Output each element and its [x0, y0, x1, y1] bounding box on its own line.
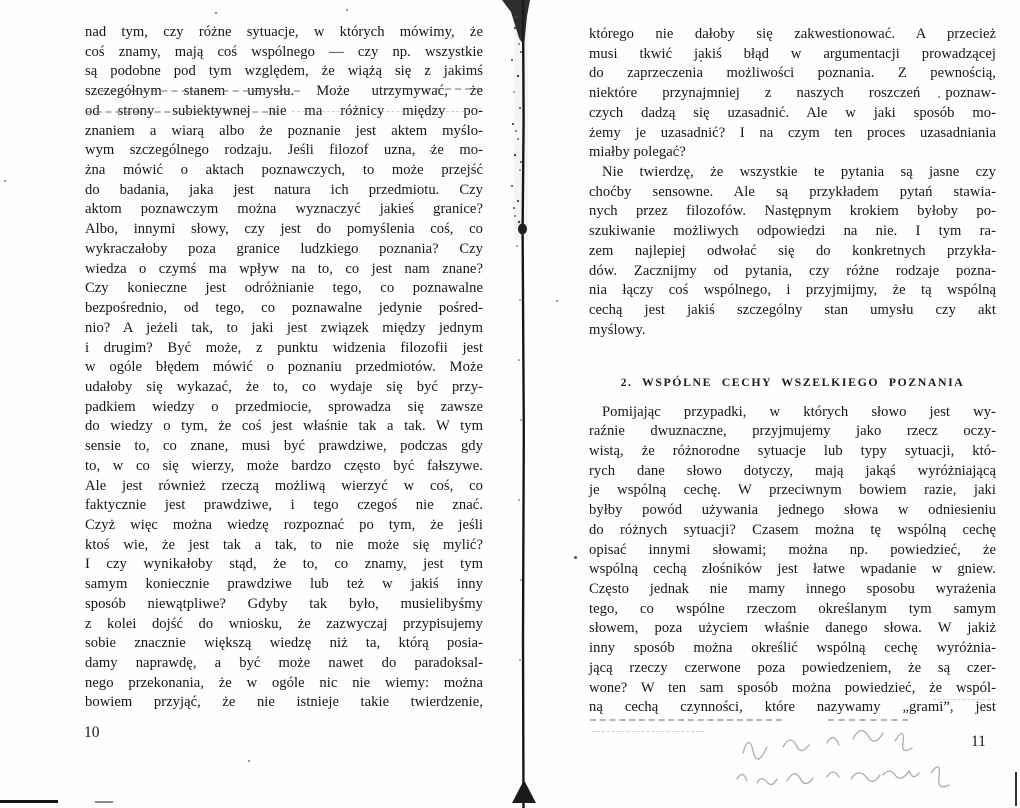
text-line: niektóre przynajmniej z naszych roszczeń… [589, 84, 996, 104]
scan-speck [430, 150, 432, 152]
text-line: musi tkwić jakiś błąd w argumentacji pro… [589, 45, 996, 65]
text-line: byłby powód używania jednego słowa w odn… [589, 501, 996, 521]
margin-dot-mark [574, 556, 577, 559]
text-line: cechą jest jakiś szczególny stan umysłu … [589, 301, 996, 321]
text-line: Ale jest również rzeczą możliwą wierzyć … [85, 477, 483, 497]
text-line: faktycznie jest prawdziwe, i tego czegoś… [85, 496, 483, 516]
text-line: ktoś wie, że jest tak a tak, to nie może… [85, 536, 483, 556]
scan-edge-mark [1015, 772, 1017, 806]
scan-speck [556, 300, 558, 302]
left-page-number: 10 [84, 724, 100, 742]
scan-speck [248, 760, 250, 762]
text-line: czych dadzą się uzasadnić. Ale w jaki sp… [589, 104, 996, 124]
text-line: wistą, że różnorodne sytuacje lub typy s… [589, 442, 996, 462]
scan-edge-mark [95, 801, 113, 803]
text-line: szczególnym stanem umysłu. Może utrzymyw… [85, 82, 483, 102]
pencil-underline [933, 699, 995, 700]
text-line: wspólną cechą złośników jest łatwe wpada… [589, 560, 996, 580]
text-line: zem najlepiej odwołać się do konkretnych… [589, 242, 996, 262]
text-line: i drugim? Być może, z punktu widzenia fi… [85, 339, 483, 359]
text-line: damy naprawdę, a być może nawet do parad… [85, 654, 483, 674]
text-line: myślowy. [589, 321, 996, 341]
text-line: wykraczałoby poza granice ludzkiego pozn… [85, 240, 483, 260]
text-line: którego nie dałoby się zakwestionować. A… [589, 25, 996, 45]
text-line: do różnych sytuacji? Czasem można tę wsp… [589, 521, 996, 541]
text-line: nego przekonania, że w ogóle nic nie wie… [85, 674, 483, 694]
text-line: wiedza o czymś ma wpływ na to, co jest n… [85, 260, 483, 280]
text-line: Nie twierdzę, że wszystkie te pytania są… [589, 163, 996, 183]
binding-gutter-shadow [490, 0, 544, 808]
text-line: nio? A jeżeli tak, to jaki jest związek … [85, 319, 483, 339]
text-line: raźnie dwuznaczne, przyjmujemy jako rzec… [589, 422, 996, 442]
text-line: sposób niewątpliwe? Gdyby tak było, musi… [85, 595, 483, 615]
text-line: Pomijając przypadki, w których słowo jes… [589, 403, 996, 423]
pencil-underline [292, 111, 464, 112]
scan-speck [938, 96, 940, 98]
right-page-paragraph-1: którego nie dałoby się zakwestionować. A… [589, 25, 996, 163]
text-line: do wiedzy o tym, że coś jest właśnie tak… [85, 417, 483, 437]
text-line: bezpośrednio, od tego, co poznawalne jed… [85, 299, 483, 319]
text-line: Czy konieczne jest odróżnianie tego, co … [85, 279, 483, 299]
text-line: słowem, poza użyciem właśnie danego słow… [589, 619, 996, 639]
text-line: do zaprzeczenia możliwości poznania. Z p… [589, 64, 996, 84]
text-line: żna mówić o aktach poznawczych, to może … [85, 161, 483, 181]
text-line: inny sposób można określić wspólną cechę… [589, 639, 996, 659]
text-line: opisać innymi słowami; można np. powiedz… [589, 541, 996, 561]
text-line: bowiem przyjąć, że nie istnieje takie tw… [85, 693, 483, 713]
text-line: I czy wynikałoby stąd, że to, co znamy, … [85, 555, 483, 575]
text-line: wone? W ten sam sposób można powiedzieć,… [589, 679, 996, 699]
scan-speck [215, 12, 217, 14]
pencil-underline [592, 731, 704, 732]
text-line: szukiwanie możliwych odpowiedzi na nie. … [589, 222, 996, 242]
text-line: wym szczególnego rodzaju. Jeśli filozof … [85, 141, 483, 161]
right-page-paragraph-2: Nie twierdzę, że wszystkie te pytania są… [589, 163, 996, 340]
text-line: padkiem wiedzy o przedmiocie, sprowadza … [85, 398, 483, 418]
text-line: rych dane słowo dotyczy, mają jakąś wyró… [589, 462, 996, 482]
text-line: do badania, jaka jest natura ich przedmi… [85, 181, 483, 201]
text-line: w ogóle błędem mówić o poznaniu przedmio… [85, 358, 483, 378]
text-line: dów. Zacznijmy od pytania, czy różne rod… [589, 262, 996, 282]
text-line: sensie to, co znane, musi być prawdziwe,… [85, 437, 483, 457]
scan-edge-mark [0, 800, 58, 803]
section-heading: 2. WSPÓLNE CECHY WSZELKIEGO POZNANIA [589, 375, 996, 390]
pencil-underline [100, 90, 300, 92]
scan-speck [700, 60, 702, 62]
text-line: samym koniecznie prawdziwe lub też w jak… [85, 575, 483, 595]
book-page-spread-scan: nad tym, czy różne sytuacje, w których m… [0, 0, 1020, 808]
text-line: udałoby się wykazać, że to, co wydaje si… [85, 378, 483, 398]
text-line: z kolei dojść do wniosku, że zazwyczaj p… [85, 615, 483, 635]
text-line: nad tym, czy różne sytuacje, w których m… [85, 23, 483, 43]
text-line: są podobne pod tym względem, że wiążą si… [85, 62, 483, 82]
text-line: znaniem a wiarą albo że poznanie jest ak… [85, 122, 483, 142]
text-line: je wspólną cechę. W przeciwnym bowiem ra… [589, 481, 996, 501]
scan-speck [346, 9, 348, 11]
text-line: nych przez filozofów. Następnym krokiem … [589, 202, 996, 222]
text-line: choćby sensowne. Ale są przykładem pytań… [589, 183, 996, 203]
text-line: nia łączy coś wspólnego, i przyjmijmy, ż… [589, 281, 996, 301]
text-line: żemy je uzasadnić? I na czym ten proces … [589, 124, 996, 144]
text-line: ną cechą czynności, które nazywamy „gram… [589, 698, 996, 718]
text-line: sobie znacznie większą wiedzę niż ta, kt… [85, 634, 483, 654]
text-line: Albo, innymi słowy, czy jest do pomyślen… [85, 220, 483, 240]
handwriting-note [735, 727, 985, 802]
right-page-column: którego nie dałoby się zakwestionować. A… [589, 25, 996, 718]
text-line: miałby polegać? [589, 143, 996, 163]
text-line: jącą rzeczy czerwone poza powiedzeniem, … [589, 659, 996, 679]
right-page-paragraph-3: Pomijając przypadki, w których słowo jes… [589, 403, 996, 719]
scan-speck [4, 180, 6, 182]
text-line: coś znamy, mają coś wspólnego — czy np. … [85, 43, 483, 63]
text-line: tego, co wspólne rzeczom określanym tym … [589, 600, 996, 620]
pencil-underline [590, 719, 782, 721]
pencil-underline [828, 719, 908, 721]
text-line: Czyż więc można wiedzę rozpoznać po tym,… [85, 516, 483, 536]
text-line: aktom poznawczym można wyznaczyć jakieś … [85, 200, 483, 220]
left-page-paragraph: nad tym, czy różne sytuacje, w których m… [85, 23, 483, 713]
pencil-underline [385, 88, 481, 90]
text-line: to, w co się wierzy, może bardzo często … [85, 457, 483, 477]
pencil-underline [86, 111, 278, 113]
text-line: Często jednak nie mamy innego sposobu wy… [589, 580, 996, 600]
